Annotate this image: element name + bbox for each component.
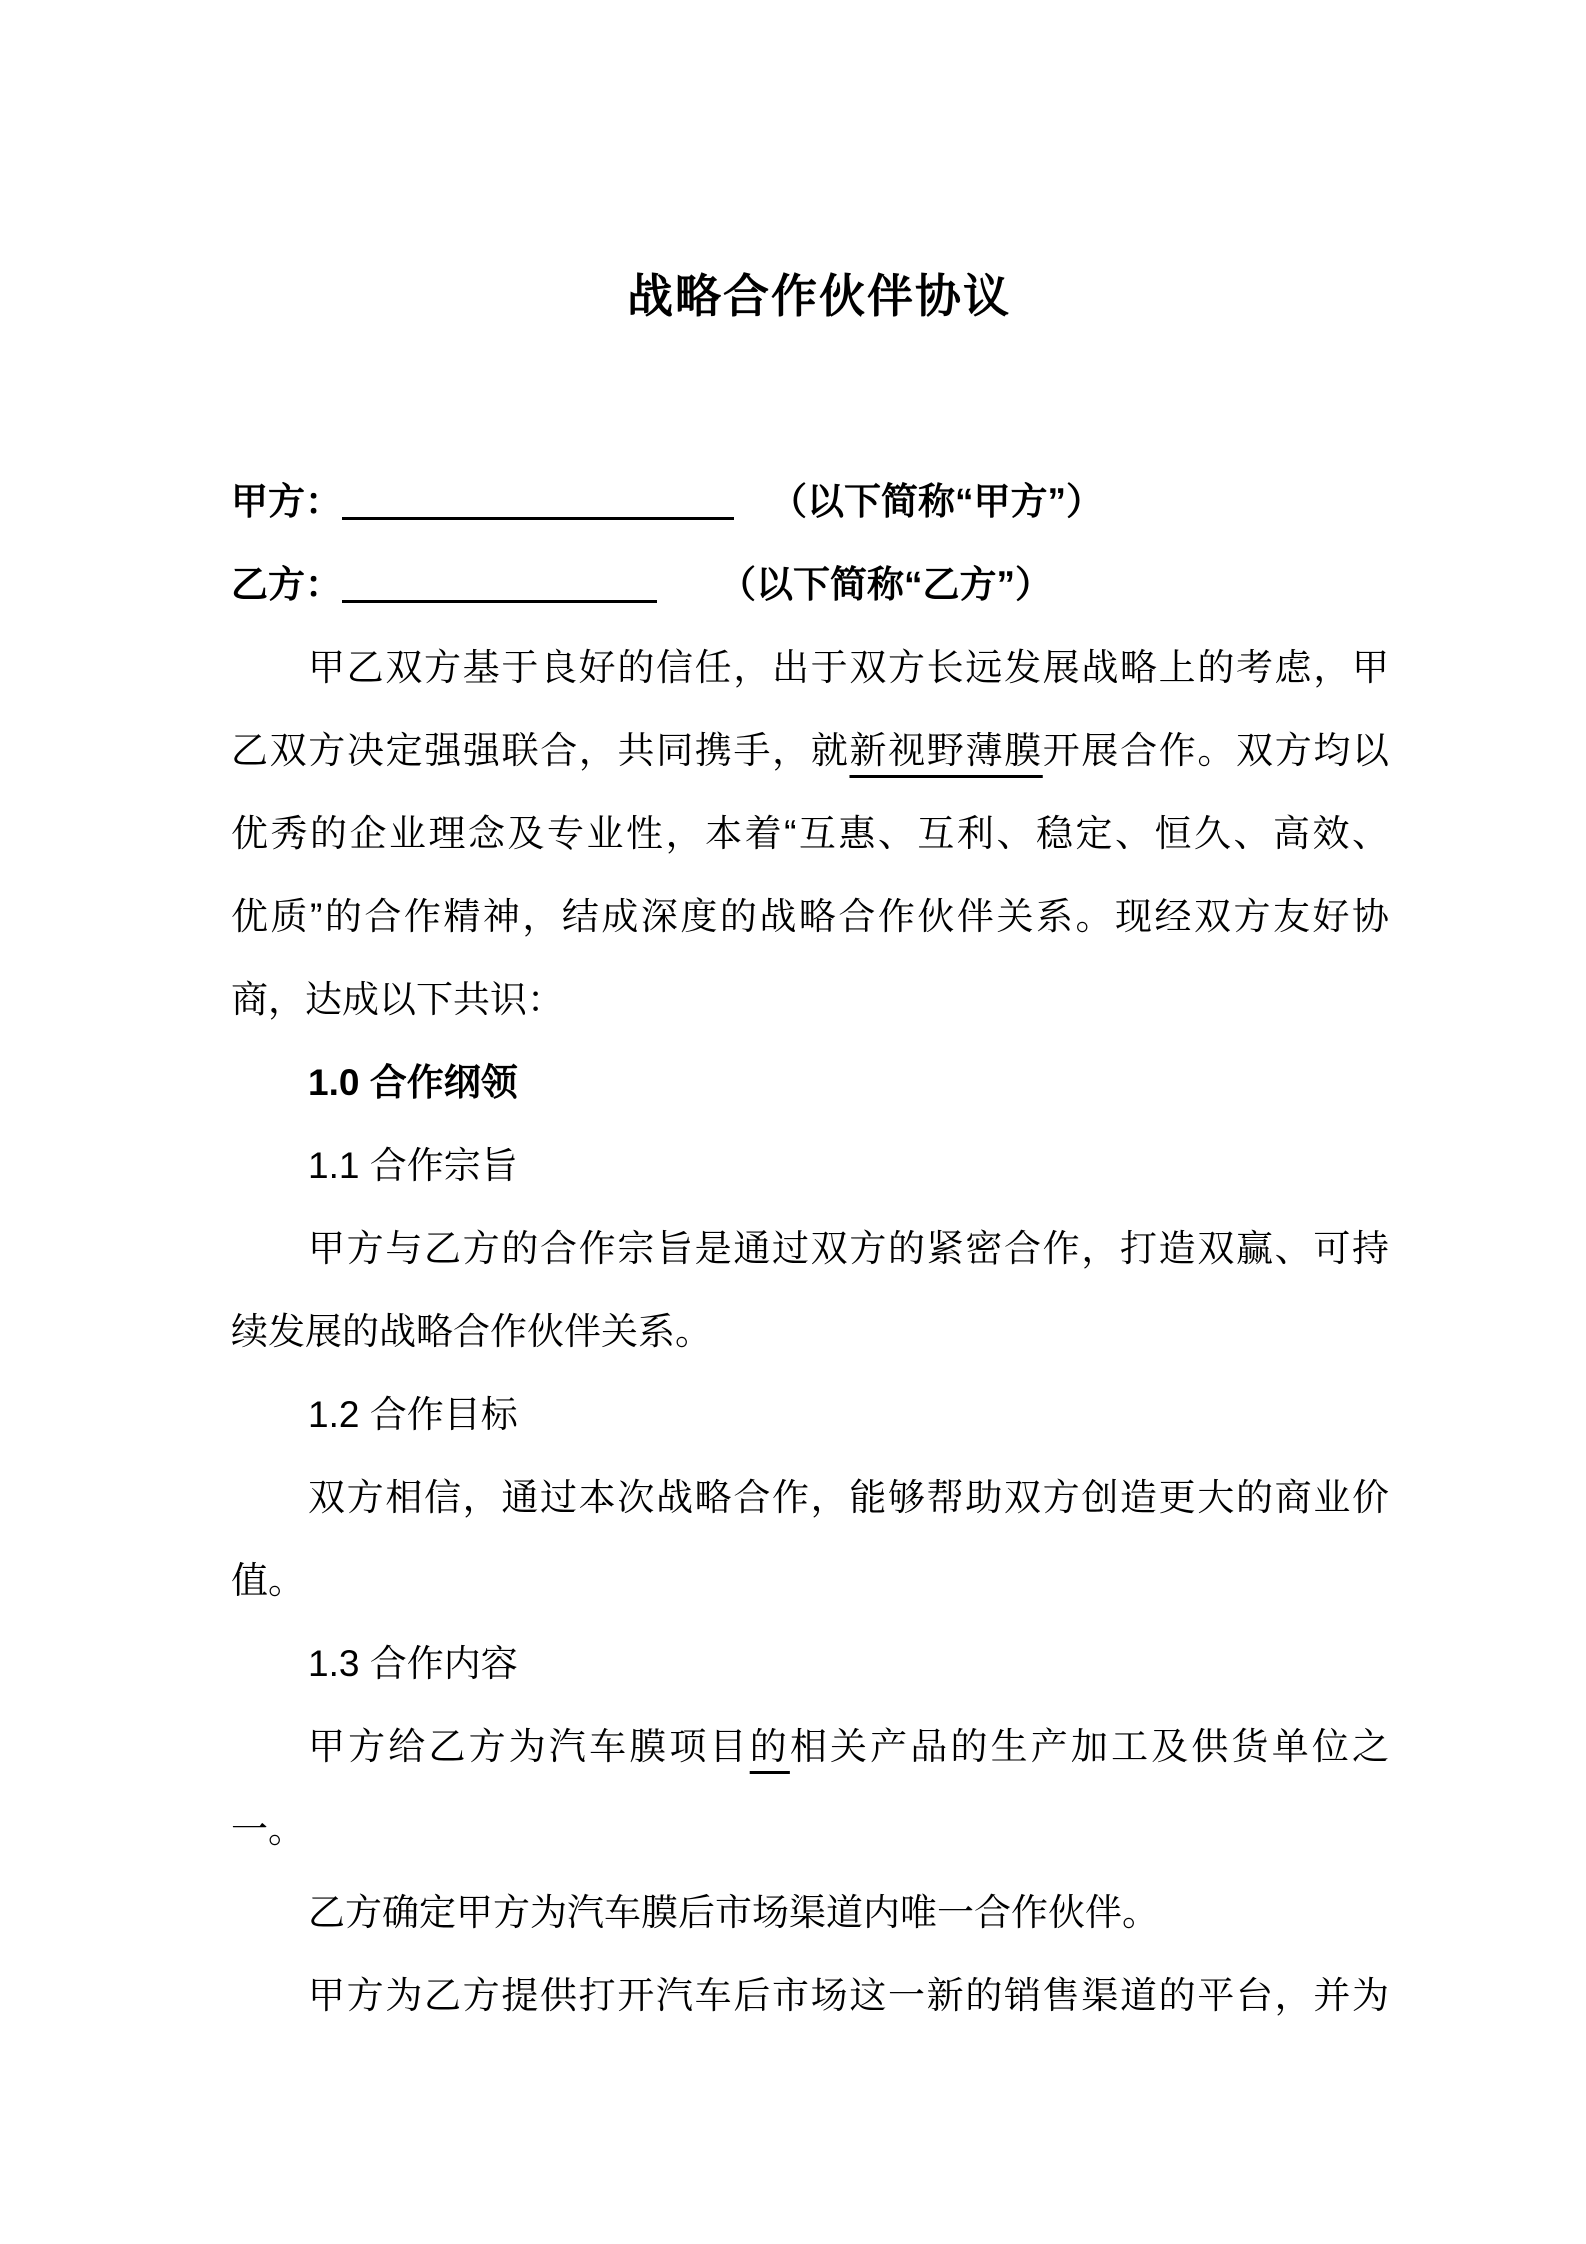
document-line: 1.0 合作纲领 — [231, 1041, 1389, 1124]
document-line: 值。 — [231, 1539, 1389, 1622]
document-line: 甲方与乙方的合作宗旨是通过双方的紧密合作，打造双赢、可持 — [231, 1207, 1389, 1290]
party-suffix-yifang: （以下简称“乙方”） — [719, 564, 1052, 605]
party-line-jiafang: 甲方：（以下简称“甲方”） — [231, 460, 1389, 543]
document-line: 一。 — [231, 1788, 1389, 1871]
document-line: 乙方确定甲方为汽车膜后市场渠道内唯一合作伙伴。 — [231, 1871, 1389, 1954]
document-page: 战略合作伙伴协议 甲方：（以下简称“甲方”） 乙方：（以下简称“乙方”） 甲乙双… — [0, 0, 1586, 2244]
party-suffix-jiafang: （以下简称“甲方”） — [770, 481, 1103, 522]
fill-in-blank-jiafang — [342, 473, 734, 520]
document-line: 优秀的企业理念及专业性，本着“互惠、互利、稳定、恒久、高效、 — [231, 792, 1389, 875]
document-line: 甲方为乙方提供打开汽车后市场这一新的销售渠道的平台，并为 — [231, 1954, 1389, 2037]
document-lines: 甲乙双方基于良好的信任，出于双方长远发展战略上的考虑，甲乙双方决定强强联合，共同… — [231, 626, 1389, 2037]
party-line-yifang: 乙方：（以下简称“乙方”） — [231, 543, 1389, 626]
document-line: 乙双方决定强强联合，共同携手，就新视野薄膜开展合作。双方均以 — [231, 709, 1389, 792]
underlined-text: 的 — [750, 1726, 790, 1767]
party-label-jiafang: 甲方： — [231, 481, 342, 522]
document-title: 战略合作伙伴协议 — [0, 0, 1586, 319]
document-line: 商，达成以下共识： — [231, 958, 1389, 1041]
document-line: 1.1 合作宗旨 — [231, 1124, 1389, 1207]
document-line: 甲方给乙方为汽车膜项目的相关产品的生产加工及供货单位之 — [231, 1705, 1389, 1788]
document-line: 优质”的合作精神，结成深度的战略合作伙伴关系。现经双方友好协 — [231, 875, 1389, 958]
party-label-yifang: 乙方： — [231, 564, 342, 605]
document-line: 1.3 合作内容 — [231, 1622, 1389, 1705]
document-line: 甲乙双方基于良好的信任，出于双方长远发展战略上的考虑，甲 — [231, 626, 1389, 709]
document-line: 1.2 合作目标 — [231, 1373, 1389, 1456]
document-body: 甲方：（以下简称“甲方”） 乙方：（以下简称“乙方”） 甲乙双方基于良好的信任，… — [231, 460, 1389, 2037]
underlined-text: 新视野薄膜 — [849, 730, 1042, 771]
document-line: 续发展的战略合作伙伴关系。 — [231, 1290, 1389, 1373]
document-line: 双方相信，通过本次战略合作，能够帮助双方创造更大的商业价 — [231, 1456, 1389, 1539]
fill-in-blank-yifang — [342, 556, 657, 603]
